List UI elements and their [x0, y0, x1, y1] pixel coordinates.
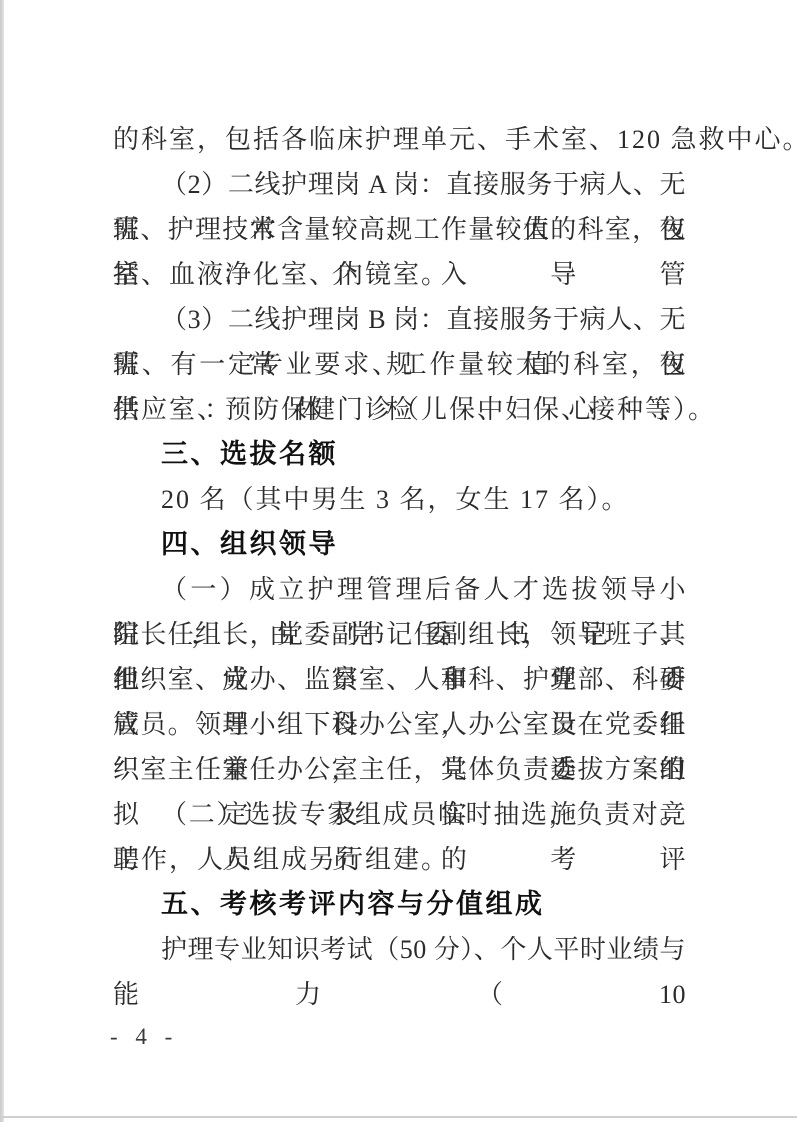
text-line: （一）成立护理管理后备人才选拔领导小组，由党委书记、: [113, 567, 686, 612]
document-lines: 的科室，包括各临床护理单元、手术室、120 急救中心。（2）二线护理岗 A 岗：…: [113, 117, 686, 972]
text-line: 织室主任兼任办公室主任，具体负责选拔方案的拟定及实施。: [113, 747, 686, 792]
scan-bottom-edge: [0, 1116, 797, 1118]
section-heading: 五、考核考评内容与分值组成: [113, 882, 686, 927]
text-line: 院长任组长，党委副书记任副组长，领导班子其他成员和党委: [113, 612, 686, 657]
section-heading: 四、组织领导: [113, 522, 686, 567]
text-line: 组织室、党办、监察室、人事科、护理部、科研管理科人员任: [113, 657, 686, 702]
text-line: （3）二线护理岗 B 岗：直接服务于病人、无需常规值夜: [113, 297, 686, 342]
text-line: （2）二线护理岗 A 岗：直接服务于病人、无需常规值夜: [113, 162, 686, 207]
text-line: 的科室，包括各临床护理单元、手术室、120 急救中心。: [113, 117, 686, 162]
document-page: 的科室，包括各临床护理单元、手术室、120 急救中心。（2）二线护理岗 A 岗：…: [0, 0, 797, 1122]
text-line: 成员。领导小组下设办公室，办公室设在党委组织室，党委组: [113, 702, 686, 747]
page-number: - 4 -: [110, 1024, 178, 1050]
scan-left-edge: [0, 0, 4, 1122]
text-line: 护理专业知识考试（50 分）、个人平时业绩与能力（10: [113, 927, 686, 972]
text-line: 班、有一定专业要求、工作量较大的科室，包括：体检中心、: [113, 342, 686, 387]
section-heading: 三、选拔名额: [113, 432, 686, 477]
text-line: 供应室、预防保健门诊（儿保、妇保、接种等）。: [113, 387, 686, 432]
text-line: 20 名（其中男生 3 名，女生 17 名）。: [113, 477, 686, 522]
text-line: 班、护理技术含量较高、工作量较大的科室，包括：介入导管: [113, 207, 686, 252]
text-line: （二）选拔专家组成员临时抽选，负责对竞聘人员的考评: [113, 792, 686, 837]
